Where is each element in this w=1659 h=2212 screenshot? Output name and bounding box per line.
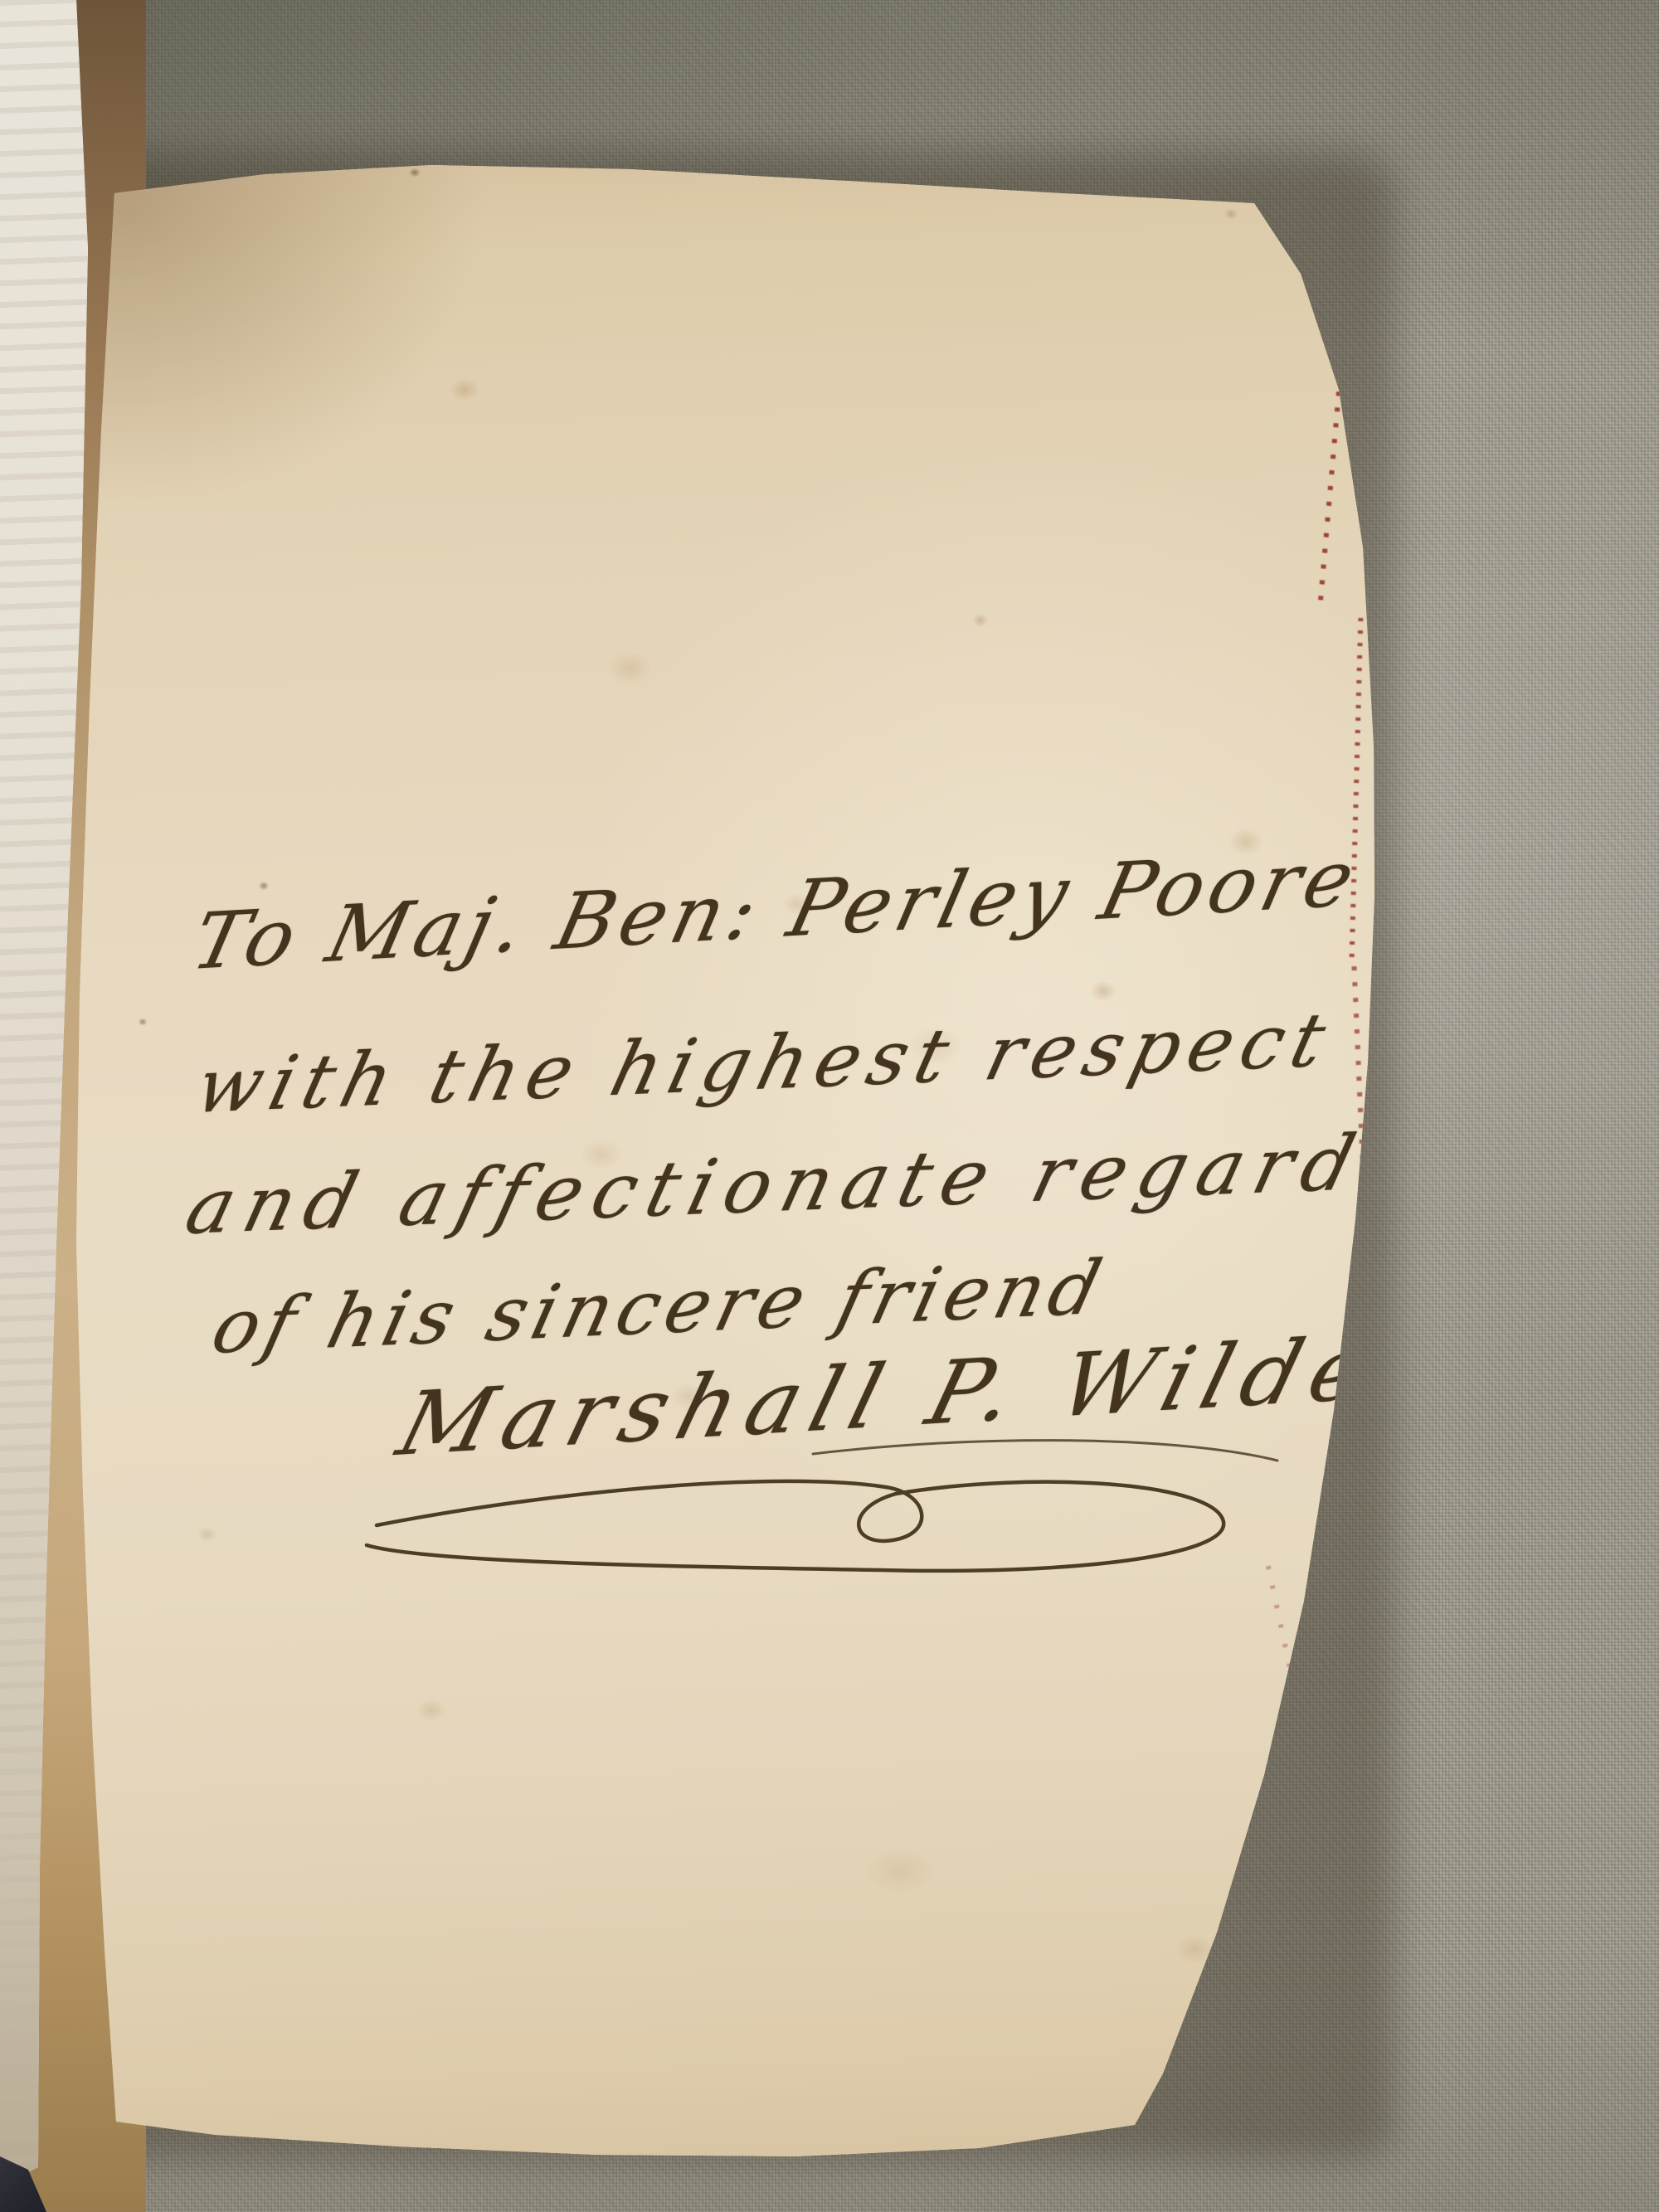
inscription-line-3: and affectionate regard (178, 1118, 1374, 1252)
book-photo: To Maj. Ben: Perley Poore with the highe… (0, 0, 1659, 2212)
inscription-line-2: with the highest respect (187, 997, 1342, 1130)
red-fore-edge-speckles (1350, 618, 1364, 958)
signature-flourish (348, 1439, 1327, 1613)
inscription-line-1: To Maj. Ben: Perley Poore (184, 834, 1367, 988)
